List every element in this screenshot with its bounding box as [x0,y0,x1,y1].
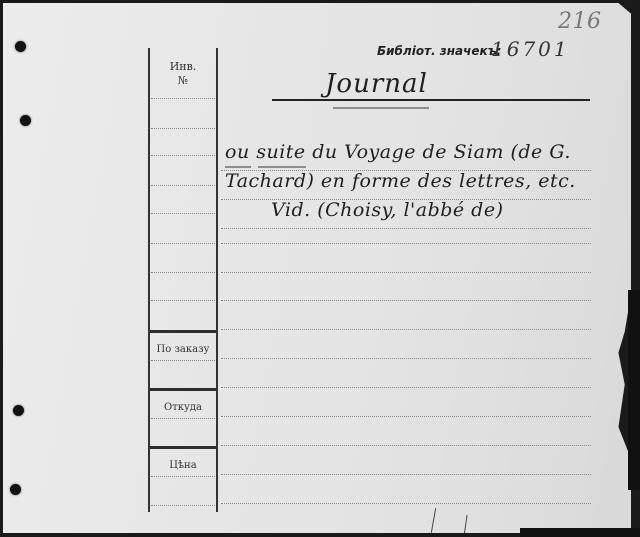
source-label: Откуда [150,402,216,413]
entry-rule [221,358,591,359]
entry-rule [221,387,591,388]
left-rule [151,300,215,301]
left-rule [151,213,215,214]
library-mark-value: 16701 [491,37,570,61]
section-divider [150,446,216,449]
entry-rule [221,503,591,504]
title-pencil-underline [333,107,429,109]
entry-line: Tachard) en forme des lettres, etc. [225,170,576,192]
left-rule [151,505,215,506]
price-label: Цѣна [150,460,216,471]
left-column-border [216,48,218,512]
punch-hole [13,405,24,416]
library-mark-label: Библіот. значекъ: [377,44,501,58]
paper-tear [431,508,436,533]
inventory-label: Инв. № [150,60,216,88]
entry-rule [221,416,591,417]
left-rule [151,476,215,477]
left-rule [151,418,215,419]
section-divider [150,388,216,391]
inventory-label-text: Инв. [150,60,216,74]
pencil-number: 216 [558,9,602,34]
entry-rule [221,300,591,301]
order-label: По заказу [150,344,216,355]
paper-tear [463,515,467,537]
pencil-underline [258,166,306,168]
punch-hole [15,41,26,52]
inventory-number-sign: № [150,74,216,88]
left-rule [151,98,215,99]
left-column-border [148,48,150,512]
entry-rule [221,228,591,229]
entry-rule [221,329,591,330]
left-rule [151,128,215,129]
title-underline [272,99,590,101]
entry-rule [221,243,591,244]
entry-rule [221,474,591,475]
entry-line: ou suite du Voyage de Siam (de G. [225,141,571,163]
entry-rule [221,445,591,446]
entry-rule [221,272,591,273]
section-divider [150,330,216,333]
left-rule [151,243,215,244]
catalog-card: 216 Библіот. значекъ: 16701 Инв. № По за… [3,3,631,533]
damaged-edge [520,528,640,537]
left-rule [151,360,215,361]
entry-line: Vid. (Choisy, l'abbé de) [271,199,504,221]
punch-hole [10,484,21,495]
punch-hole [20,115,31,126]
left-rule [151,272,215,273]
damaged-edge [628,290,640,490]
left-rule [151,185,215,186]
entry-title: Journal [325,69,428,99]
left-rule [151,155,215,156]
pencil-underline [225,166,251,168]
